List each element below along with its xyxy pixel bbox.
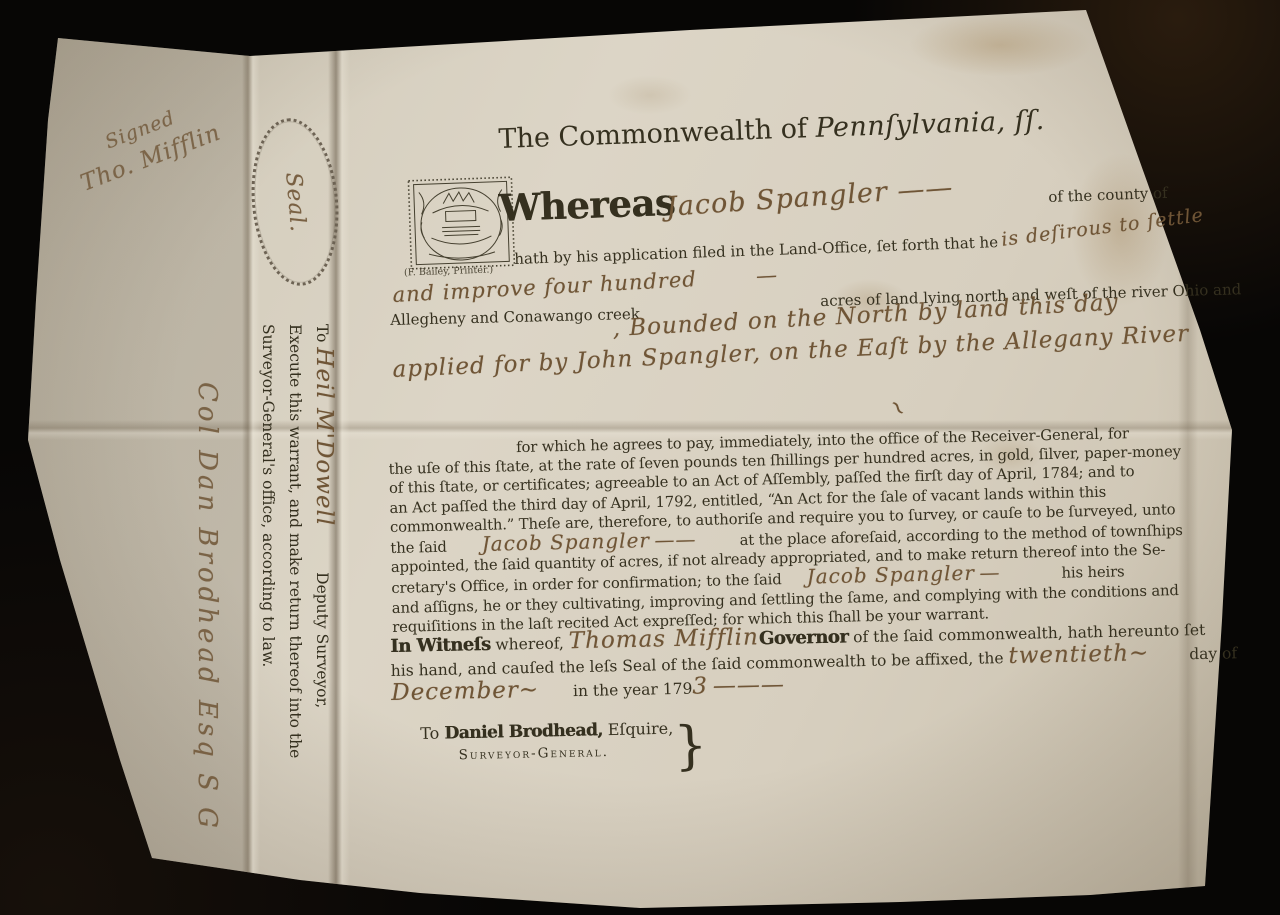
- year-dash-flourish: ———: [713, 672, 786, 700]
- spacer: [701, 545, 735, 546]
- december-handwritten: December: [391, 677, 519, 706]
- deputy-line-1: To Heil M'Dowell Deputy Surveyor,: [308, 324, 337, 754]
- brodhead-blackletter: Daniel Brodhead,: [444, 720, 603, 743]
- deputy-title: Deputy Surveyor,: [313, 572, 331, 708]
- spacer: [1005, 578, 1057, 579]
- body-paragraph: for which he agrees to pay, immediately,…: [388, 423, 1192, 637]
- body-line-8-post: his heirs: [1061, 564, 1124, 582]
- footer-to: To: [420, 723, 445, 743]
- seal-label: Seal.: [280, 171, 310, 233]
- grantee-dash-2: ——: [654, 527, 697, 552]
- docket-handwriting: Col Dan Brodhead Esq S G: [182, 382, 222, 902]
- whereof-text: whereof,: [495, 634, 564, 653]
- deputy-line-3: Surveyor-General's office, according to …: [254, 324, 281, 754]
- mifflin-name-handwritten: Thomas Mifflin: [568, 624, 759, 654]
- day-flourish: ~: [1129, 640, 1150, 666]
- footer-esquire: Eſquire,: [602, 719, 673, 739]
- improve-dash: —: [755, 263, 778, 288]
- twentieth-handwritten: twentieth: [1008, 641, 1129, 670]
- spacer: [1154, 659, 1184, 660]
- governor-blackletter: Governor: [759, 626, 849, 649]
- year-digit-handwritten: 3: [692, 673, 708, 699]
- spacer: [705, 283, 749, 285]
- deputy-surveyor-instruction: To Heil M'Dowell Deputy Surveyor, Execut…: [253, 324, 337, 754]
- grantee-flourish-3: —: [979, 561, 1001, 585]
- spacer: [451, 551, 477, 552]
- spacer: [544, 696, 568, 697]
- whereas-blackletter: Whereas: [498, 180, 676, 230]
- grantee-dash: ——: [896, 172, 954, 207]
- footer-brace: }: [673, 715, 708, 776]
- body-line-6-pre: the ſaid: [390, 539, 447, 557]
- footer-address: To Daniel Brodhead, Eſquire, Surveyor-Ge…: [420, 719, 674, 764]
- photo-of-document: Signed Tho. Mifflin Seal. To Heil M'Dowe…: [0, 0, 1280, 915]
- footer-line-1: To Daniel Brodhead, Eſquire,: [420, 719, 673, 744]
- grantee-name-handwritten-3: Jacob Spangler: [806, 561, 975, 589]
- grantee-name-handwritten-2: Jacob Spangler: [481, 528, 650, 556]
- year-printed: in the year 179: [573, 680, 693, 700]
- deputy-to: To: [313, 324, 331, 347]
- day-of-text: day of: [1189, 644, 1237, 663]
- in-witness-blackletter: In Witneſs: [390, 634, 491, 657]
- deputy-name-handwritten: Heil M'Dowell: [311, 347, 337, 526]
- month-flourish: ~: [519, 677, 540, 703]
- deputy-line-2: Execute this warrant, and make return th…: [281, 324, 308, 754]
